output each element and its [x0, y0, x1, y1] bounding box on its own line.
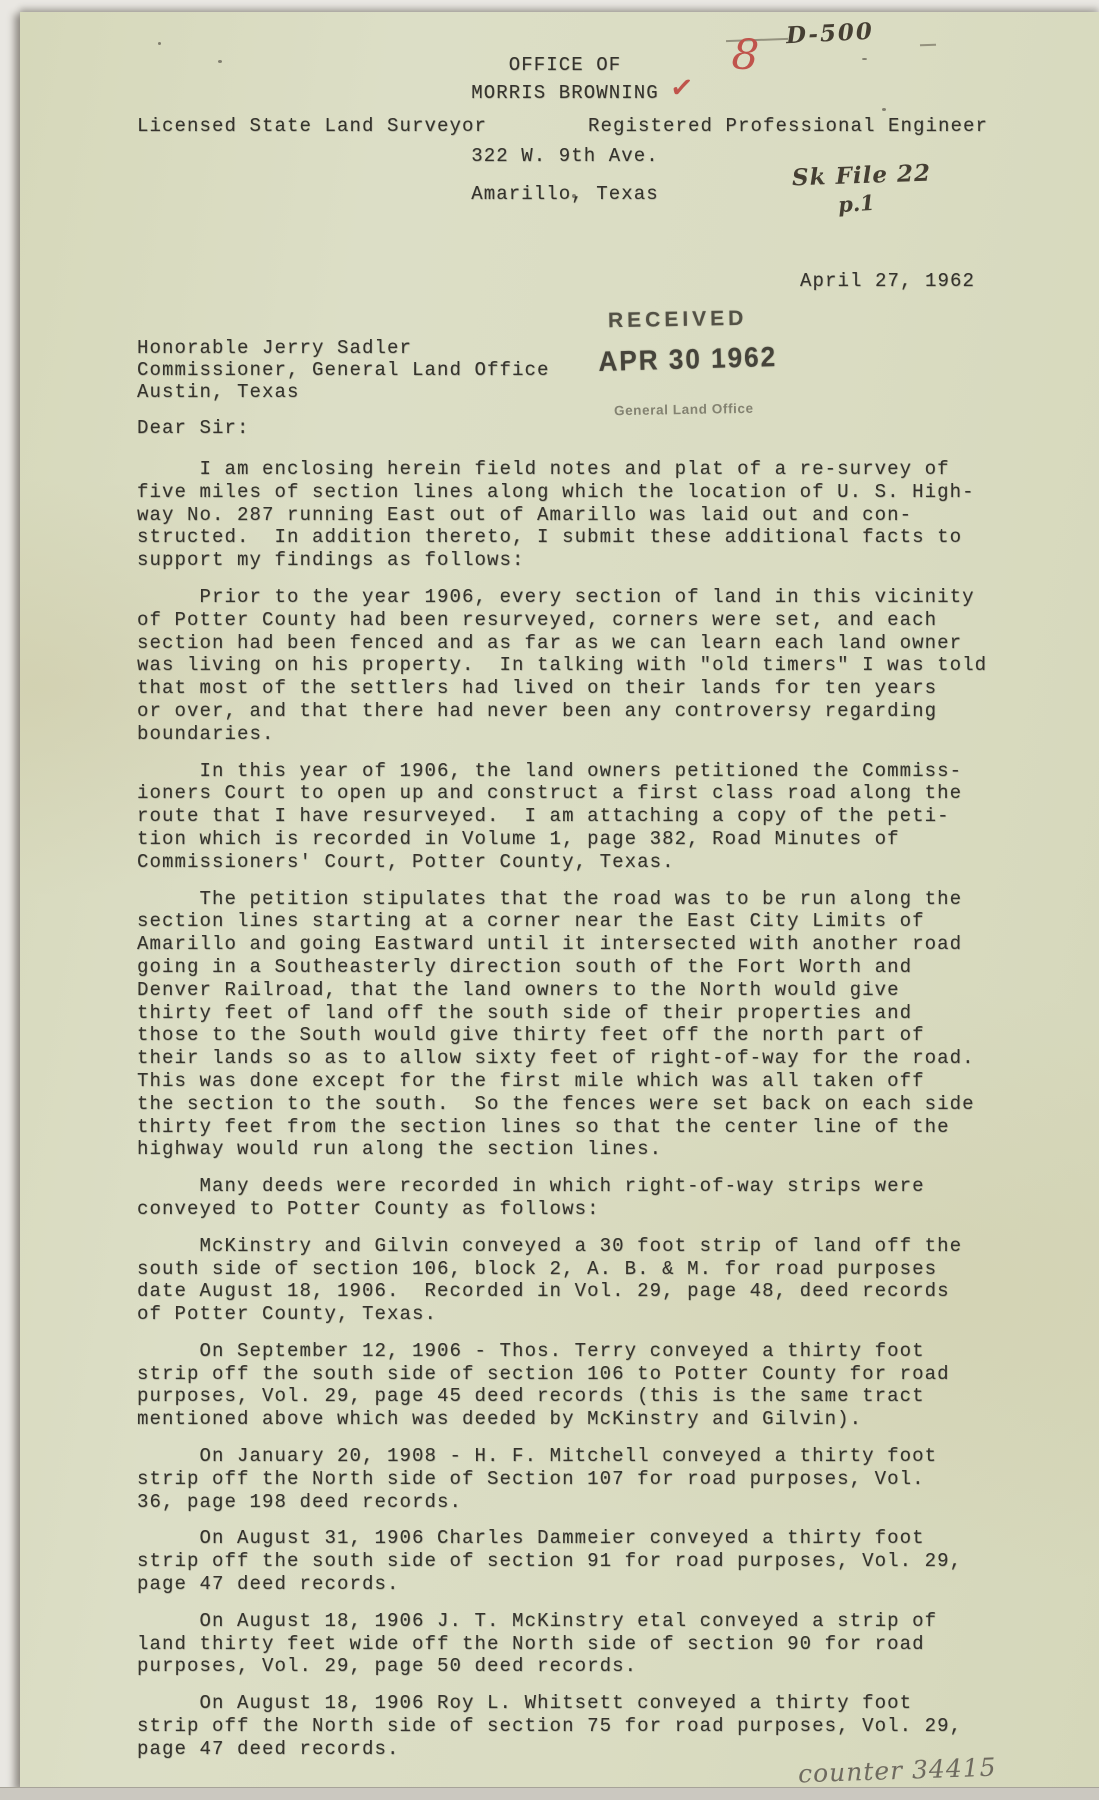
paragraph: On August 18, 1906 J. T. McKinstry etal …: [137, 1610, 1017, 1678]
salutation: Dear Sir:: [137, 417, 250, 440]
pen-stroke: [920, 44, 936, 47]
handwritten-page-note: p.1: [837, 190, 875, 217]
scan-speck: [572, 194, 576, 198]
letter-body: I am enclosing herein field notes and pl…: [137, 458, 1017, 1775]
letterhead-name: MORRIS BROWNING: [85, 82, 1045, 105]
paragraph: On August 31, 1906 Charles Dammeier conv…: [137, 1527, 1017, 1595]
scan-speck: [862, 58, 867, 60]
scanned-letter: OFFICE OF MORRIS BROWNING Licensed State…: [0, 0, 1099, 1800]
paragraph: Many deeds were recorded in which right-…: [137, 1175, 1017, 1221]
letterhead-title-surveyor: Licensed State Land Surveyor: [137, 115, 487, 138]
paragraph: McKinstry and Gilvin conveyed a 30 foot …: [137, 1235, 1017, 1326]
paragraph: On January 20, 1908 - H. F. Mitchell con…: [137, 1445, 1017, 1513]
received-stamp-word: RECEIVED: [608, 307, 748, 333]
letter-page: OFFICE OF MORRIS BROWNING Licensed State…: [20, 12, 1099, 1790]
scan-mat-edge: [0, 1787, 1099, 1800]
red-checkmark-icon: ✓: [669, 73, 695, 103]
paragraph: On August 18, 1906 Roy L. Whitsett conve…: [137, 1692, 1017, 1760]
letterhead-office-of: OFFICE OF: [85, 54, 1045, 77]
received-stamp-office: General Land Office: [614, 401, 754, 418]
paragraph: I am enclosing herein field notes and pl…: [137, 458, 1017, 572]
handwritten-file-code: D-500: [785, 18, 874, 50]
letter-date: April 27, 1962: [800, 270, 975, 293]
scan-speck: [218, 60, 222, 63]
received-stamp-date: APR 30 1962: [598, 341, 777, 378]
handwritten-sk-file: Sk File 22: [792, 160, 932, 192]
scan-speck: [158, 42, 161, 45]
recipient-address: Honorable Jerry Sadler Commissioner, Gen…: [137, 337, 550, 403]
letterhead-title-engineer: Registered Professional Engineer: [588, 115, 988, 138]
paragraph: The petition stipulates that the road wa…: [137, 888, 1017, 1162]
paragraph: Prior to the year 1906, every section of…: [137, 586, 1017, 746]
red-pencil-number: 8: [731, 33, 761, 77]
scan-speck: [882, 108, 886, 111]
paragraph: On September 12, 1906 - Thos. Terry conv…: [137, 1340, 1017, 1431]
paragraph: In this year of 1906, the land owners pe…: [137, 760, 1017, 874]
